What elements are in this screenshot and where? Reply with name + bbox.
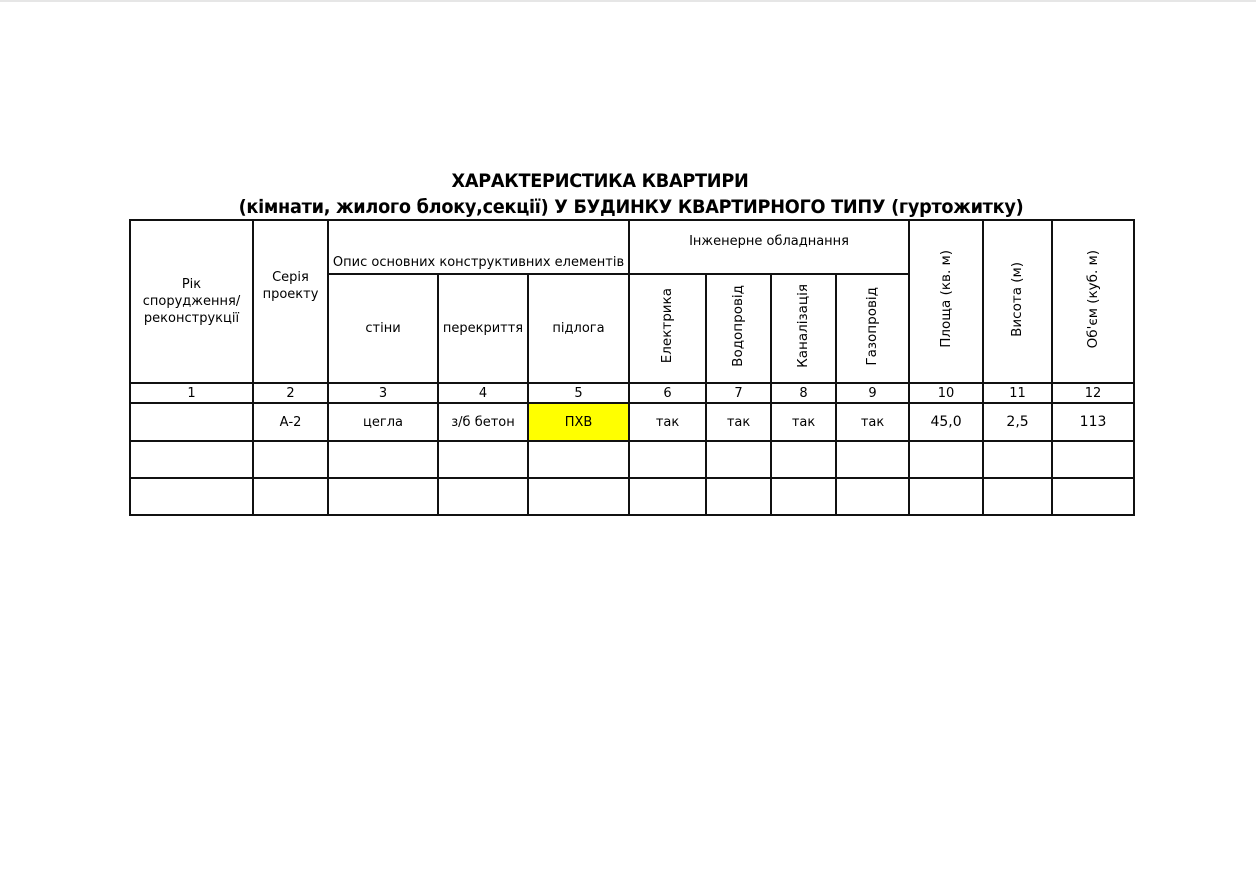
header-volume-label: Об'єм (куб. м): [1085, 250, 1102, 348]
cell-walls: [328, 478, 438, 515]
header-area: Площа (кв. м): [909, 220, 983, 383]
column-number-row: 1 2 3 4 5 6 7 8 9 10 11 12: [130, 383, 1134, 403]
cell-ceilings: з/б бетон: [438, 403, 528, 441]
header-ceilings: перекриття: [438, 274, 528, 383]
document-title: ХАРАКТЕРИСТИКА КВАРТИРИ: [42, 170, 1158, 192]
cell-series: [253, 478, 328, 515]
column-number: 12: [1052, 383, 1134, 403]
cell-gas: [836, 441, 909, 478]
header-series: Серія проекту: [253, 220, 328, 383]
column-number: 3: [328, 383, 438, 403]
cell-water: так: [706, 403, 771, 441]
header-volume: Об'єм (куб. м): [1052, 220, 1134, 383]
header-group-engineering: Інженерне обладнання: [629, 220, 909, 274]
cell-floor: [528, 441, 629, 478]
cell-volume: 113: [1052, 403, 1134, 441]
cell-year: [130, 403, 253, 441]
header-year-label: Рік спорудження/ реконструкції: [142, 276, 242, 327]
cell-walls: [328, 441, 438, 478]
header-height-label: Висота (м): [1009, 262, 1026, 337]
table-row: А-2 цегла з/б бетон ПХВ так так так так …: [130, 403, 1134, 441]
cell-water: [706, 478, 771, 515]
column-number: 8: [771, 383, 836, 403]
cell-area: [909, 478, 983, 515]
cell-height: 2,5: [983, 403, 1052, 441]
header-area-label: Площа (кв. м): [938, 250, 955, 348]
cell-electric: [629, 441, 706, 478]
header-sewer: Каналізація: [771, 274, 836, 383]
cell-sewer: [771, 441, 836, 478]
cell-electric: [629, 478, 706, 515]
document-subtitle: (кімнати, жилого блоку,секції) У БУДИНКУ…: [44, 196, 1218, 218]
cell-height: [983, 478, 1052, 515]
apartment-characteristics-table: Рік спорудження/ реконструкції Серія про…: [129, 219, 1135, 516]
cell-floor: [528, 478, 629, 515]
header-height: Висота (м): [983, 220, 1052, 383]
cell-volume: [1052, 441, 1134, 478]
column-number: 11: [983, 383, 1052, 403]
cell-series: А-2: [253, 403, 328, 441]
cell-gas: [836, 478, 909, 515]
cell-series: [253, 441, 328, 478]
header-water-label: Водопровід: [730, 285, 747, 367]
cell-sewer: так: [771, 403, 836, 441]
table-row: [130, 478, 1134, 515]
column-number: 10: [909, 383, 983, 403]
cell-water: [706, 441, 771, 478]
column-number: 6: [629, 383, 706, 403]
cell-electric: так: [629, 403, 706, 441]
cell-ceilings: [438, 441, 528, 478]
cell-area: [909, 441, 983, 478]
header-year: Рік спорудження/ реконструкції: [130, 220, 253, 383]
cell-sewer: [771, 478, 836, 515]
header-water: Водопровід: [706, 274, 771, 383]
header-electric-label: Електрика: [659, 288, 676, 363]
cell-walls: цегла: [328, 403, 438, 441]
cell-area: 45,0: [909, 403, 983, 441]
header-walls: стіни: [328, 274, 438, 383]
header-electric: Електрика: [629, 274, 706, 383]
header-gas-label: Газопровід: [864, 287, 881, 366]
column-number: 4: [438, 383, 528, 403]
header-floor: підлога: [528, 274, 629, 383]
column-number: 2: [253, 383, 328, 403]
header-sewer-label: Каналізація: [795, 284, 812, 368]
column-number: 9: [836, 383, 909, 403]
page-top-edge: [0, 0, 1256, 2]
cell-ceilings: [438, 478, 528, 515]
column-number: 1: [130, 383, 253, 403]
header-row-group: Рік спорудження/ реконструкції Серія про…: [130, 220, 1134, 274]
cell-year: [130, 478, 253, 515]
cell-gas: так: [836, 403, 909, 441]
table-row: [130, 441, 1134, 478]
cell-year: [130, 441, 253, 478]
header-series-label: Серія проекту: [261, 269, 321, 303]
cell-height: [983, 441, 1052, 478]
header-gas: Газопровід: [836, 274, 909, 383]
column-number: 5: [528, 383, 629, 403]
cell-volume: [1052, 478, 1134, 515]
column-number: 7: [706, 383, 771, 403]
header-group-structure: Опис основних конструктивних елементів: [328, 220, 629, 274]
cell-floor-highlighted: ПХВ: [528, 403, 629, 441]
